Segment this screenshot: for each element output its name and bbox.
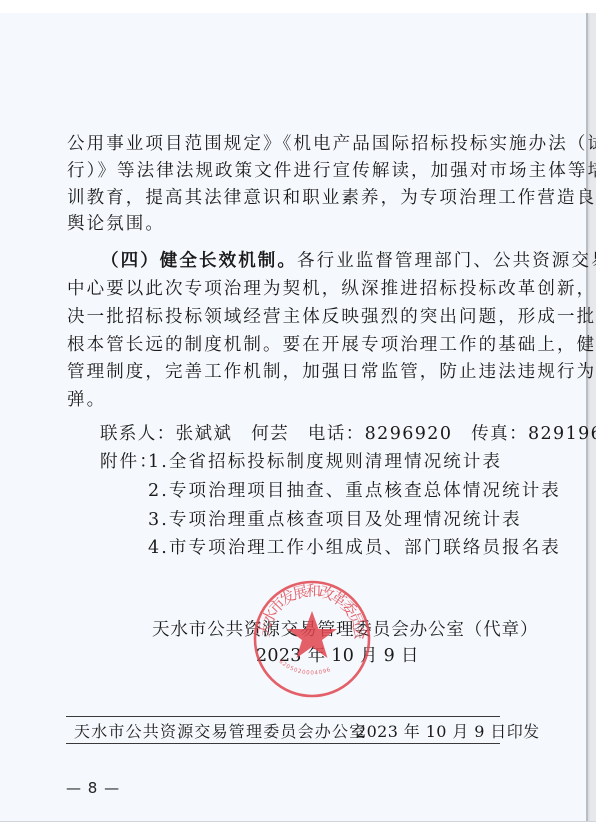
paragraph-line: 舆论氛围。 bbox=[67, 214, 165, 234]
footer-bottom-rule bbox=[66, 743, 500, 744]
phone-number: 8296920 bbox=[365, 424, 453, 444]
section-4-first-line-text: 各行业监督管理部门、公共资源交易 bbox=[297, 251, 596, 271]
paragraph-line: 管理制度，完善工作机制，加强日常监管，防止违法违规行为反 bbox=[67, 362, 596, 382]
viewer-top-margin bbox=[0, 0, 596, 13]
page-number: — 8 — bbox=[66, 779, 120, 797]
footer-top-rule bbox=[66, 716, 500, 717]
fax-number: 8291962 bbox=[528, 424, 596, 444]
signature-issuer: 天水市公共资源交易管理委员会办公室（代章） bbox=[152, 620, 538, 640]
paragraph-line: 弹。 bbox=[67, 390, 106, 410]
viewer-bottom-margin bbox=[0, 821, 596, 835]
fax-label: 传真： bbox=[471, 424, 528, 444]
footer-print-date: 2023 年 10 月 9 日印发 bbox=[356, 722, 540, 742]
attachment-item: 3.专项治理重点核查项目及处理情况统计表 bbox=[148, 510, 522, 530]
paragraph-line: 根本管长远的制度机制。要在开展专项治理工作的基础上，健全 bbox=[67, 335, 596, 355]
attachment-item: 1.全省招标投标制度规则清理情况统计表 bbox=[148, 452, 502, 472]
section-4-heading: （四）健全长效机制。 bbox=[101, 251, 297, 271]
contact-names: 张斌斌 何芸 bbox=[176, 424, 289, 444]
phone-label: 电话： bbox=[308, 424, 365, 444]
section-4-first-line: （四）健全长效机制。各行业监督管理部门、公共资源交易 bbox=[101, 251, 596, 271]
paragraph-line: 中心要以此次专项治理为契机，纵深推进招标投标改革创新，解 bbox=[67, 279, 596, 299]
contact-label: 联系人： bbox=[100, 424, 176, 444]
attachment-item: 2.专项治理项目抽查、重点核查总体情况统计表 bbox=[148, 481, 561, 501]
document-page: 公用事业项目范围规定》《机电产品国际招标投标实施办法（试 行）》等法律法规政策文… bbox=[0, 13, 588, 821]
contact-line: 联系人：张斌斌 何芸 电话：8296920 传真：8291962 bbox=[100, 424, 596, 444]
signature-date: 2023 年 10 月 9 日 bbox=[256, 646, 419, 666]
paragraph-line: 公用事业项目范围规定》《机电产品国际招标投标实施办法（试 bbox=[67, 134, 596, 154]
paragraph-line: 决一批招标投标领域经营主体反映强烈的突出问题，形成一批管 bbox=[67, 307, 596, 327]
footer-issuer: 天水市公共资源交易管理委员会办公室 bbox=[74, 722, 366, 742]
paragraph-line: 行）》等法律法规政策文件进行宣传解读，加强对市场主体等培 bbox=[67, 161, 596, 181]
paragraph-line: 训教育，提高其法律意识和职业素养，为专项治理工作营造良好 bbox=[67, 188, 596, 208]
attachment-item: 4.市专项治理工作小组成员、部门联络员报名表 bbox=[148, 538, 561, 558]
